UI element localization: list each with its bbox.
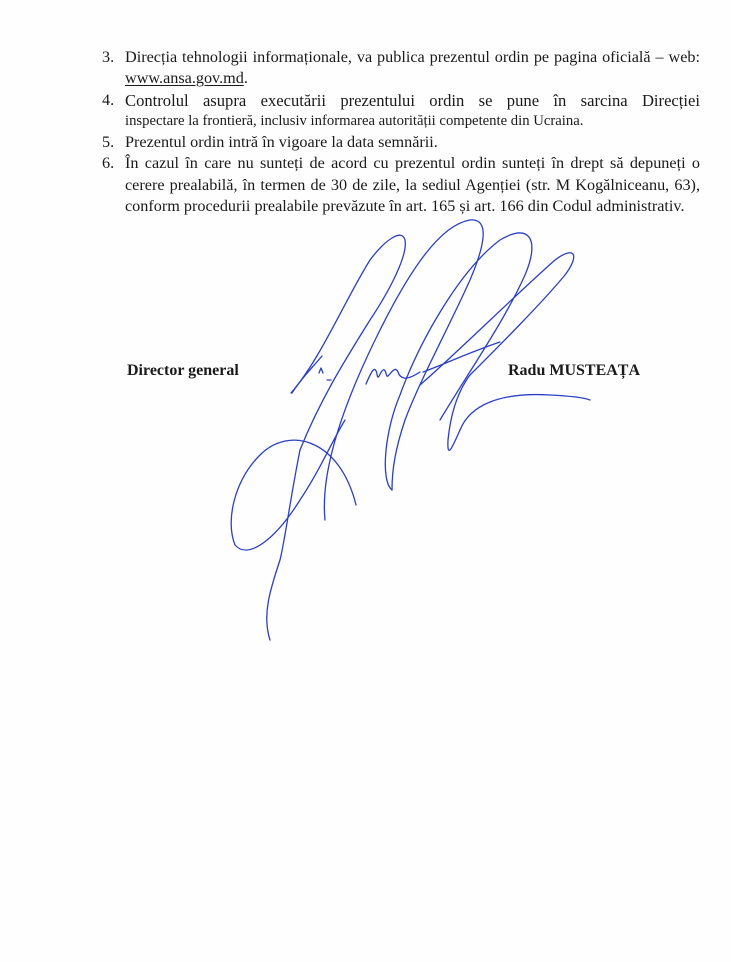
order-provisions-list: 3. Direcția tehnologii informaționale, v… (102, 47, 700, 217)
document-page: 3. Direcția tehnologii informaționale, v… (0, 0, 731, 962)
signatory-name: Radu MUSTEAȚA (508, 362, 640, 380)
list-item-4: 4. Controlul asupra executării prezentul… (102, 90, 700, 133)
item-number: 6. (102, 153, 114, 174)
item-text: Prezentul ordin intră în vigoare la data… (125, 133, 438, 151)
item-text-line2: inspectare la frontieră, inclusiv inform… (125, 111, 700, 132)
item-text: În cazul în care nu sunteți de acord cu … (125, 154, 700, 215)
signatory-title: Director general (127, 362, 239, 380)
item-text: Direcția tehnologii informaționale, va p… (125, 48, 700, 87)
item-number: 4. (102, 90, 114, 111)
list-item-5: 5. Prezentul ordin intră în vigoare la d… (102, 132, 700, 153)
item-number: 3. (102, 47, 114, 68)
item-text-line1: Controlul asupra executării prezentului … (125, 90, 700, 111)
list-item-3: 3. Direcția tehnologii informaționale, v… (102, 47, 700, 90)
list-item-6: 6. În cazul în care nu sunteți de acord … (102, 153, 700, 217)
item-number: 5. (102, 132, 114, 153)
website-link[interactable]: www.ansa.gov.md (125, 69, 244, 87)
